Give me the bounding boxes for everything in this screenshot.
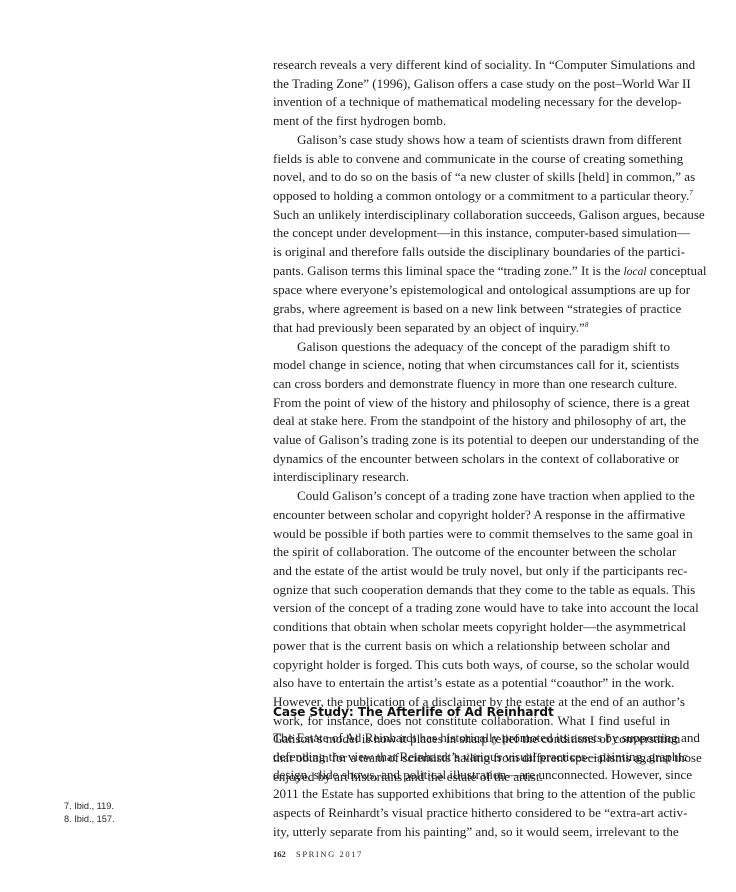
text-line: model change in science, noting that whe…	[273, 356, 670, 375]
text-line: ity, utterly separate from his painting”…	[273, 823, 670, 842]
text-line: From the point of view of the history an…	[273, 394, 670, 413]
footnote-ref-8[interactable]: 8	[585, 321, 589, 329]
paragraph-1: research reveals a very different kind o…	[273, 56, 670, 131]
text-line: space where everyone’s epistemological a…	[273, 281, 670, 300]
page-number: 162	[273, 849, 286, 859]
text-line: opposed to holding a common ontology or …	[273, 187, 670, 206]
text-line: invention of a technique of mathematical…	[273, 93, 670, 112]
text-line: dynamics of the encounter between schola…	[273, 450, 670, 469]
main-text-column: research reveals a very different kind o…	[273, 56, 670, 786]
footnote-ref-7[interactable]: 7	[689, 189, 693, 197]
text-line: Galison’s case study shows how a team of…	[273, 131, 670, 150]
text-line: design, slide shows, and political illus…	[273, 766, 670, 785]
paragraph-2: Galison’s case study shows how a team of…	[273, 131, 670, 338]
text-line: conditions that obtain when scholar meet…	[273, 618, 670, 637]
line-text: conceptual	[647, 263, 707, 278]
footnote-8: 8. Ibid., 157.	[64, 813, 115, 826]
section-heading: Case Study: The Afterlife of Ad Reinhard…	[273, 705, 554, 719]
issue-label: SPRING 2017	[296, 849, 363, 859]
text-line: The Estate of Ad Reinhardt has historica…	[273, 729, 670, 748]
text-line: ment of the first hydrogen bomb.	[273, 112, 670, 131]
text-line: Such an unlikely interdisciplinary colla…	[273, 206, 670, 225]
text-line: fields is able to convene and communicat…	[273, 150, 670, 169]
text-line: pants. Galison terms this liminal space …	[273, 262, 670, 282]
text-line: and the estate of the artist would be tr…	[273, 562, 670, 581]
text-line: deal at stake here. From the standpoint …	[273, 412, 670, 431]
line-text: pants. Galison terms this liminal space …	[273, 263, 624, 278]
paragraph-3: Galison questions the adequacy of the co…	[273, 338, 670, 488]
text-line: ognize that such cooperation demands tha…	[273, 581, 670, 600]
page-footer: 162 SPRING 2017	[273, 849, 363, 859]
paragraph-5: The Estate of Ad Reinhardt has historica…	[273, 729, 670, 841]
text-line: power that is the current basis on which…	[273, 637, 670, 656]
text-line: Could Galison’s concept of a trading zon…	[273, 487, 670, 506]
line-text: opposed to holding a common ontology or …	[273, 188, 689, 203]
text-line: research reveals a very different kind o…	[273, 56, 670, 75]
section-body: The Estate of Ad Reinhardt has historica…	[273, 729, 670, 841]
text-line: defending the view that Reinhardt’s vari…	[273, 748, 670, 767]
text-line: novel, and to do so on the basis of “a n…	[273, 168, 670, 187]
text-line: encounter between scholar and copyright …	[273, 506, 670, 525]
text-line: also have to entertain the artist’s esta…	[273, 674, 670, 693]
text-line: is original and therefore falls outside …	[273, 243, 670, 262]
text-line: 2011 the Estate has supported exhibition…	[273, 785, 670, 804]
text-line: can cross borders and demonstrate fluenc…	[273, 375, 670, 394]
text-line: value of Galison’s trading zone is its p…	[273, 431, 670, 450]
text-line: interdisciplinary research.	[273, 468, 670, 487]
text-line: the spirit of collaboration. The outcome…	[273, 543, 670, 562]
text-line: the concept under development—in this in…	[273, 224, 670, 243]
text-line: copyright holder is forged. This cuts bo…	[273, 656, 670, 675]
italic-word: local	[624, 266, 647, 278]
text-line: aspects of Reinhardt’s visual practice h…	[273, 804, 670, 823]
text-line: grabs, where agreement is based on a new…	[273, 300, 670, 319]
text-line: that had previously been separated by an…	[273, 319, 670, 338]
text-line: the Trading Zone” (1996), Galison offers…	[273, 75, 670, 94]
footnote-7: 7. Ibid., 119.	[64, 800, 115, 813]
line-text: that had previously been separated by an…	[273, 320, 585, 335]
footnotes: 7. Ibid., 119. 8. Ibid., 157.	[64, 800, 115, 826]
text-line: Galison questions the adequacy of the co…	[273, 338, 670, 357]
text-line: would be possible if both parties were t…	[273, 525, 670, 544]
text-line: version of the concept of a trading zone…	[273, 599, 670, 618]
